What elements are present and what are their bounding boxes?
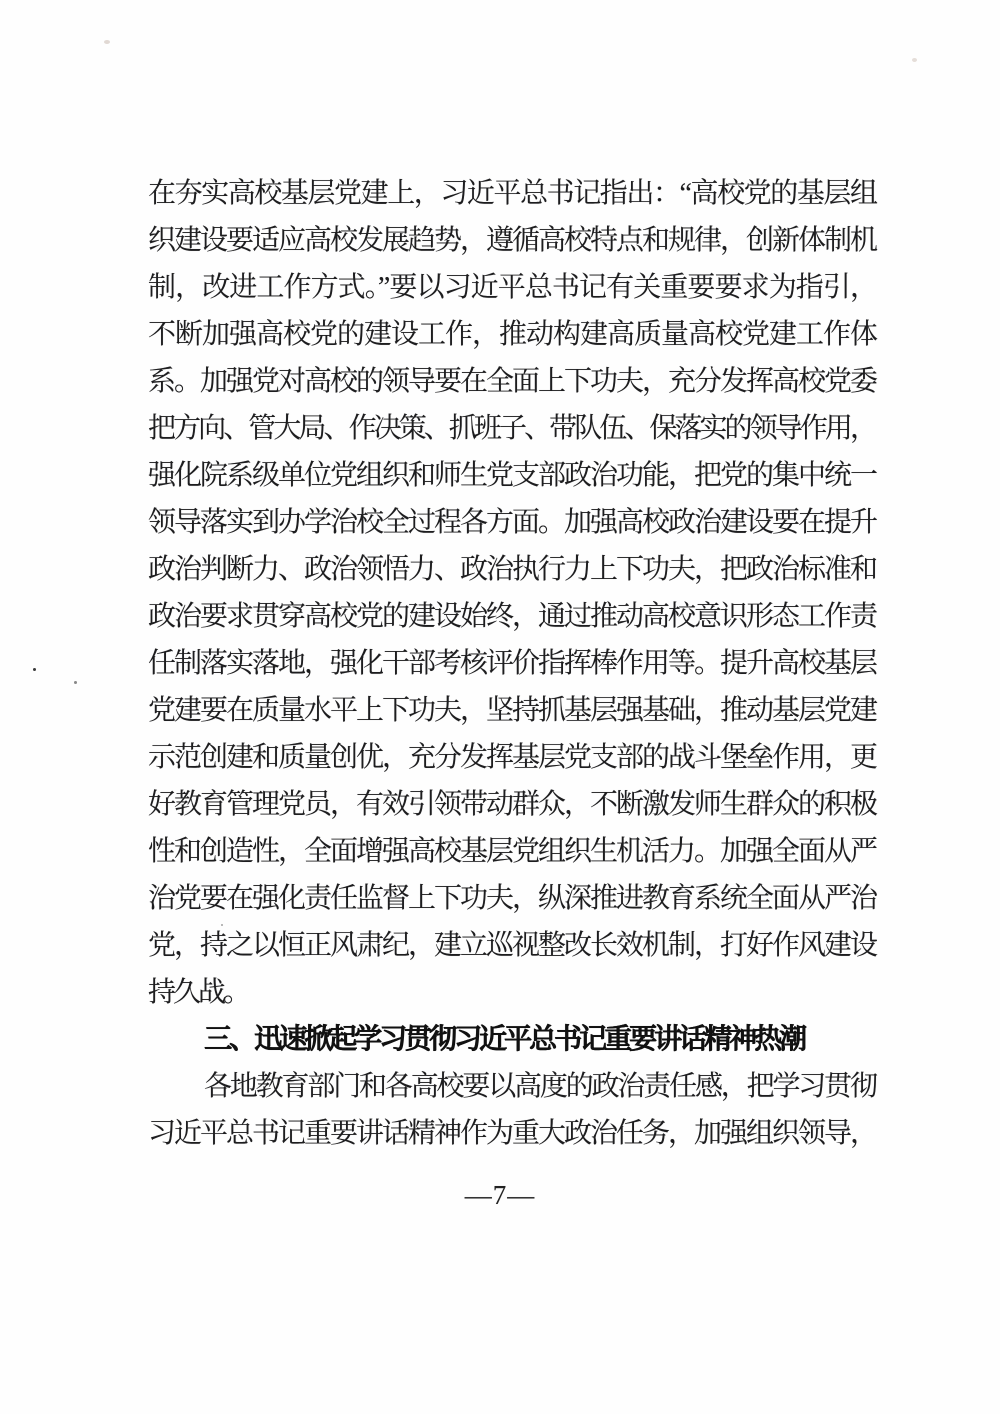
body-text-line: 各地教育部门和各高校要以高度的政治责任感，把学习贯彻 — [148, 1063, 875, 1110]
body-text-line: 制，改进工作方式。”要以习近平总书记有关重要要求为指引， — [148, 264, 875, 311]
scan-speck — [912, 58, 917, 62]
body-text-line: 系。加强党对高校的领导要在全面上下功夫，充分发挥高校党委 — [148, 358, 875, 405]
body-text-line: 示范创建和质量创优，充分发挥基层党支部的战斗堡垒作用，更 — [148, 734, 875, 781]
section-heading: 三、迅速掀起学习贯彻习近平总书记重要讲话精神热潮 — [148, 1016, 875, 1063]
body-text-line: 党建要在质量水平上下功夫，坚持抓基层强基础，推动基层党建 — [148, 687, 875, 734]
body-text-line: 织建设要适应高校发展趋势，遵循高校特点和规律，创新体制机 — [148, 217, 875, 264]
body-text-line: 在夯实高校基层党建上，习近平总书记指出：“高校党的基层组 — [148, 170, 875, 217]
body-text-line: 政治判断力、政治领悟力、政治执行力上下功夫，把政治标准和 — [148, 546, 875, 593]
body-text-line: 党，持之以恒正风肃纪，建立巡视整改长效机制，打好作风建设 — [148, 922, 875, 969]
page-number: —7— — [0, 1175, 1000, 1215]
body-text-line: 把方向、管大局、作决策、抓班子、带队伍、保落实的领导作用， — [148, 405, 875, 452]
body-text-line: 政治要求贯穿高校党的建设始终，通过推动高校意识形态工作责 — [148, 593, 875, 640]
document-body: 在夯实高校基层党建上，习近平总书记指出：“高校党的基层组 织建设要适应高校发展趋… — [148, 170, 875, 1157]
body-text-line: 好教育管理党员，有效引领带动群众，不断激发师生群众的积极 — [148, 781, 875, 828]
scanned-document-page: 在夯实高校基层党建上，习近平总书记指出：“高校党的基层组 织建设要适应高校发展趋… — [0, 0, 1000, 1414]
body-text-line: 不断加强高校党的建设工作，推动构建高质量高校党建工作体 — [148, 311, 875, 358]
scan-speck — [33, 668, 36, 671]
body-text-line: 领导落实到办学治校全过程各方面。加强高校政治建设要在提升 — [148, 499, 875, 546]
body-text-line: 持久战。 — [148, 969, 875, 1016]
body-text-line: 任制落实落地，强化干部考核评价指挥棒作用等。提升高校基层 — [148, 640, 875, 687]
scan-speck — [104, 40, 110, 44]
body-text-line: 性和创造性，全面增强高校基层党组织生机活力。加强全面从严 — [148, 828, 875, 875]
body-text-line: 强化院系级单位党组织和师生党支部政治功能，把党的集中统一 — [148, 452, 875, 499]
scan-speck — [74, 681, 77, 684]
body-text-line: 治党要在强化责任监督上下功夫，纵深推进教育系统全面从严治 — [148, 875, 875, 922]
body-text-line: 习近平总书记重要讲话精神作为重大政治任务，加强组织领导， — [148, 1110, 875, 1157]
